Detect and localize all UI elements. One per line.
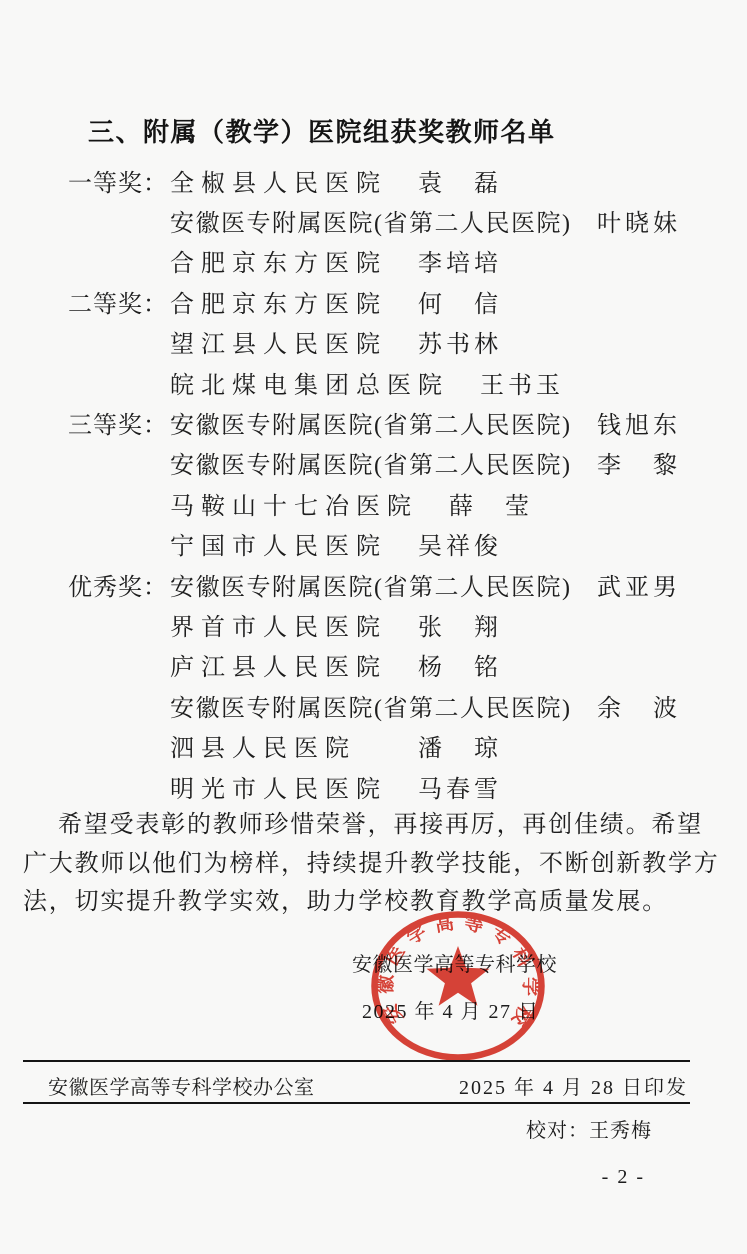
teacher-name: 潘 琼 [418,728,502,763]
seal-star-icon [427,946,490,1006]
hospital-name: 庐江县人民医院 [170,647,418,682]
document-page: 三、附属（教学）医院组获奖教师名单 一等奖：全椒县人民医院 袁 磊安徽医专附属医… [0,0,747,1254]
award-row: 优秀奖：安徽医专附属医院(省第二人民医院) 武亚男 [68,564,736,604]
hospital-name: 皖北煤电集团总医院 [170,365,480,400]
proofreader: 校对：王秀梅 [526,1114,652,1143]
teacher-name: 苏书林 [418,324,502,359]
award-row: 宁国市人民医院 吴祥俊 [68,524,736,564]
footer-rule-top [23,1060,690,1062]
award-rank-label: 三等奖： [68,405,170,440]
hospital-name: 泗县人民医院 [170,728,418,763]
award-row: 三等奖：安徽医专附属医院(省第二人民医院) 钱旭东 [68,402,736,442]
hospital-name: 界首市人民医院 [170,607,418,642]
award-row: 一等奖：全椒县人民医院 袁 磊 [68,160,736,200]
teacher-name: 袁 磊 [418,163,502,198]
page-number: - 2 - [602,1166,645,1189]
footer-issue-date: 2025 年 4 月 28 日印发 [459,1071,688,1100]
teacher-name: 余 波 [597,688,681,723]
hospital-name: 全椒县人民医院 [170,163,418,198]
footer-rule-bottom [23,1102,690,1104]
hospital-name: 安徽医专附属医院(省第二人民医院) [170,445,597,480]
teacher-name: 马春雪 [418,769,502,804]
award-rank-label: 一等奖： [68,163,170,198]
closing-paragraph: 希望受表彰的教师珍惜荣誉，再接再厉，再创佳绩。希望 广大教师以他们为榜样，持续提… [23,806,725,922]
award-row: 安徽医专附属医院(省第二人民医院) 叶晓妹 [68,200,736,240]
closing-line: 广大教师以他们为榜样，持续提升教学技能，不断创新教学方 [23,845,725,884]
teacher-name: 钱旭东 [597,405,681,440]
award-row: 安徽医专附属医院(省第二人民医院) 李 黎 [68,443,736,483]
hospital-name: 安徽医专附属医院(省第二人民医院) [170,405,597,440]
award-row: 界首市人民医院 张 翔 [68,604,736,644]
footer-office: 安徽医学高等专科学校办公室 [48,1071,315,1100]
hospital-name: 合肥京东方医院 [170,284,418,319]
hospital-name: 合肥京东方医院 [170,243,418,278]
teacher-name: 张 翔 [418,607,502,642]
teacher-name: 李 黎 [597,445,681,480]
hospital-name: 宁国市人民医院 [170,526,418,561]
award-row: 明光市人民医院 马春雪 [68,766,736,806]
award-row: 庐江县人民医院 杨 铭 [68,645,736,685]
hospital-name: 安徽医专附属医院(省第二人民医院) [170,203,597,238]
award-row: 望江县人民医院 苏书林 [68,322,736,362]
hospital-name: 望江县人民医院 [170,324,418,359]
teacher-name: 李培培 [418,243,502,278]
hospital-name: 安徽医专附属医院(省第二人民医院) [170,688,597,723]
section-title: 三、附属（教学）医院组获奖教师名单 [88,112,556,149]
award-row: 二等奖：合肥京东方医院 何 信 [68,281,736,321]
award-rank-label: 优秀奖： [68,567,170,602]
award-row: 皖北煤电集团总医院 王书玉 [68,362,736,402]
teacher-name: 何 信 [418,284,502,319]
teacher-name: 王书玉 [480,365,564,400]
closing-line: 希望受表彰的教师珍惜荣誉，再接再厉，再创佳绩。希望 [23,806,725,845]
teacher-name: 叶晓妹 [597,203,681,238]
award-row: 马鞍山十七冶医院 薛 莹 [68,483,736,523]
award-row: 安徽医专附属医院(省第二人民医院) 余 波 [68,685,736,725]
hospital-name: 马鞍山十七冶医院 [170,486,449,521]
teacher-name: 武亚男 [597,567,681,602]
award-list: 一等奖：全椒县人民医院 袁 磊安徽医专附属医院(省第二人民医院) 叶晓妹合肥京东… [68,160,736,806]
teacher-name: 薛 莹 [449,486,533,521]
award-row: 合肥京东方医院 李培培 [68,241,736,281]
official-seal: 安徽医学高等专科学校 [368,909,548,1063]
hospital-name: 明光市人民医院 [170,769,418,804]
hospital-name: 安徽医专附属医院(省第二人民医院) [170,567,597,602]
award-rank-label: 二等奖： [68,284,170,319]
award-row: 泗县人民医院 潘 琼 [68,725,736,765]
teacher-name: 杨 铭 [418,647,502,682]
teacher-name: 吴祥俊 [418,526,502,561]
